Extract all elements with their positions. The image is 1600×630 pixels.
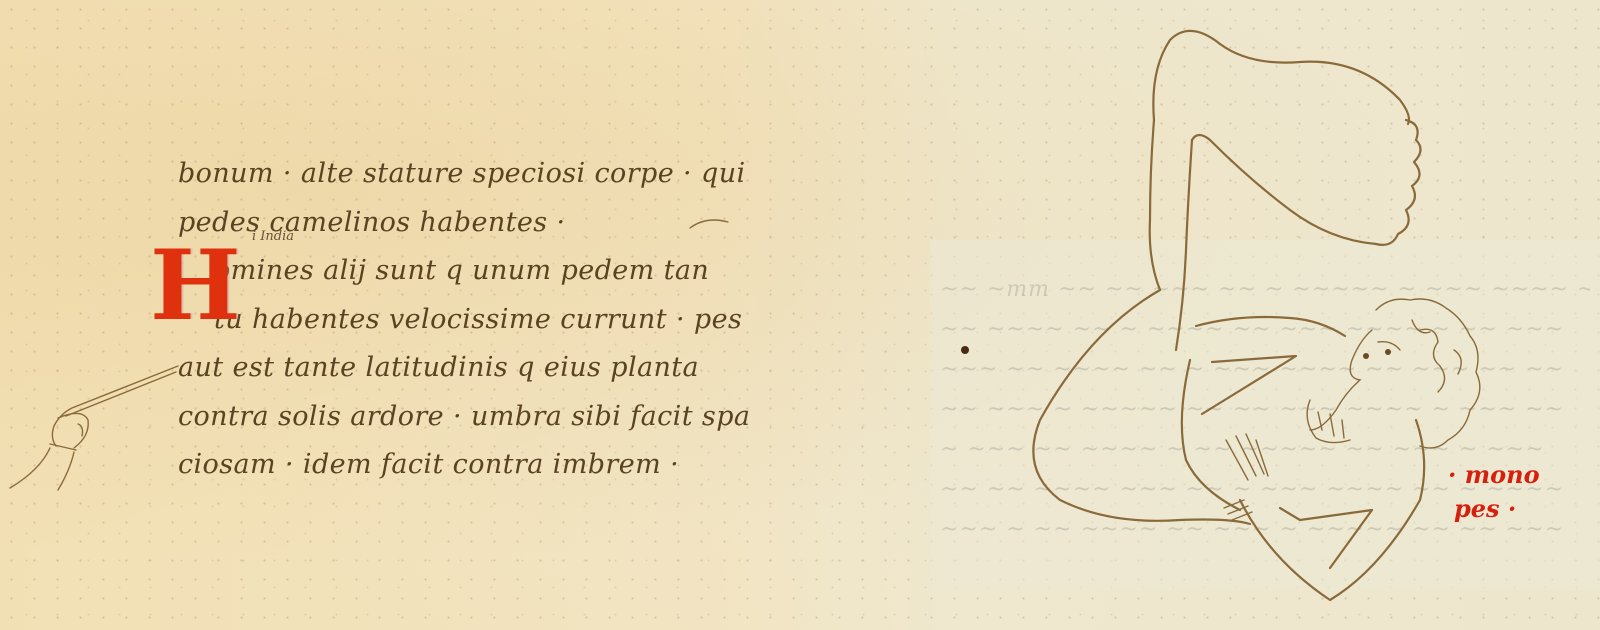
line-flourish bbox=[690, 220, 728, 228]
ink-drawings bbox=[0, 0, 1600, 630]
monopod-illustration bbox=[1033, 31, 1480, 600]
ink-dot bbox=[961, 346, 969, 354]
pointing-hand-icon bbox=[10, 366, 178, 490]
